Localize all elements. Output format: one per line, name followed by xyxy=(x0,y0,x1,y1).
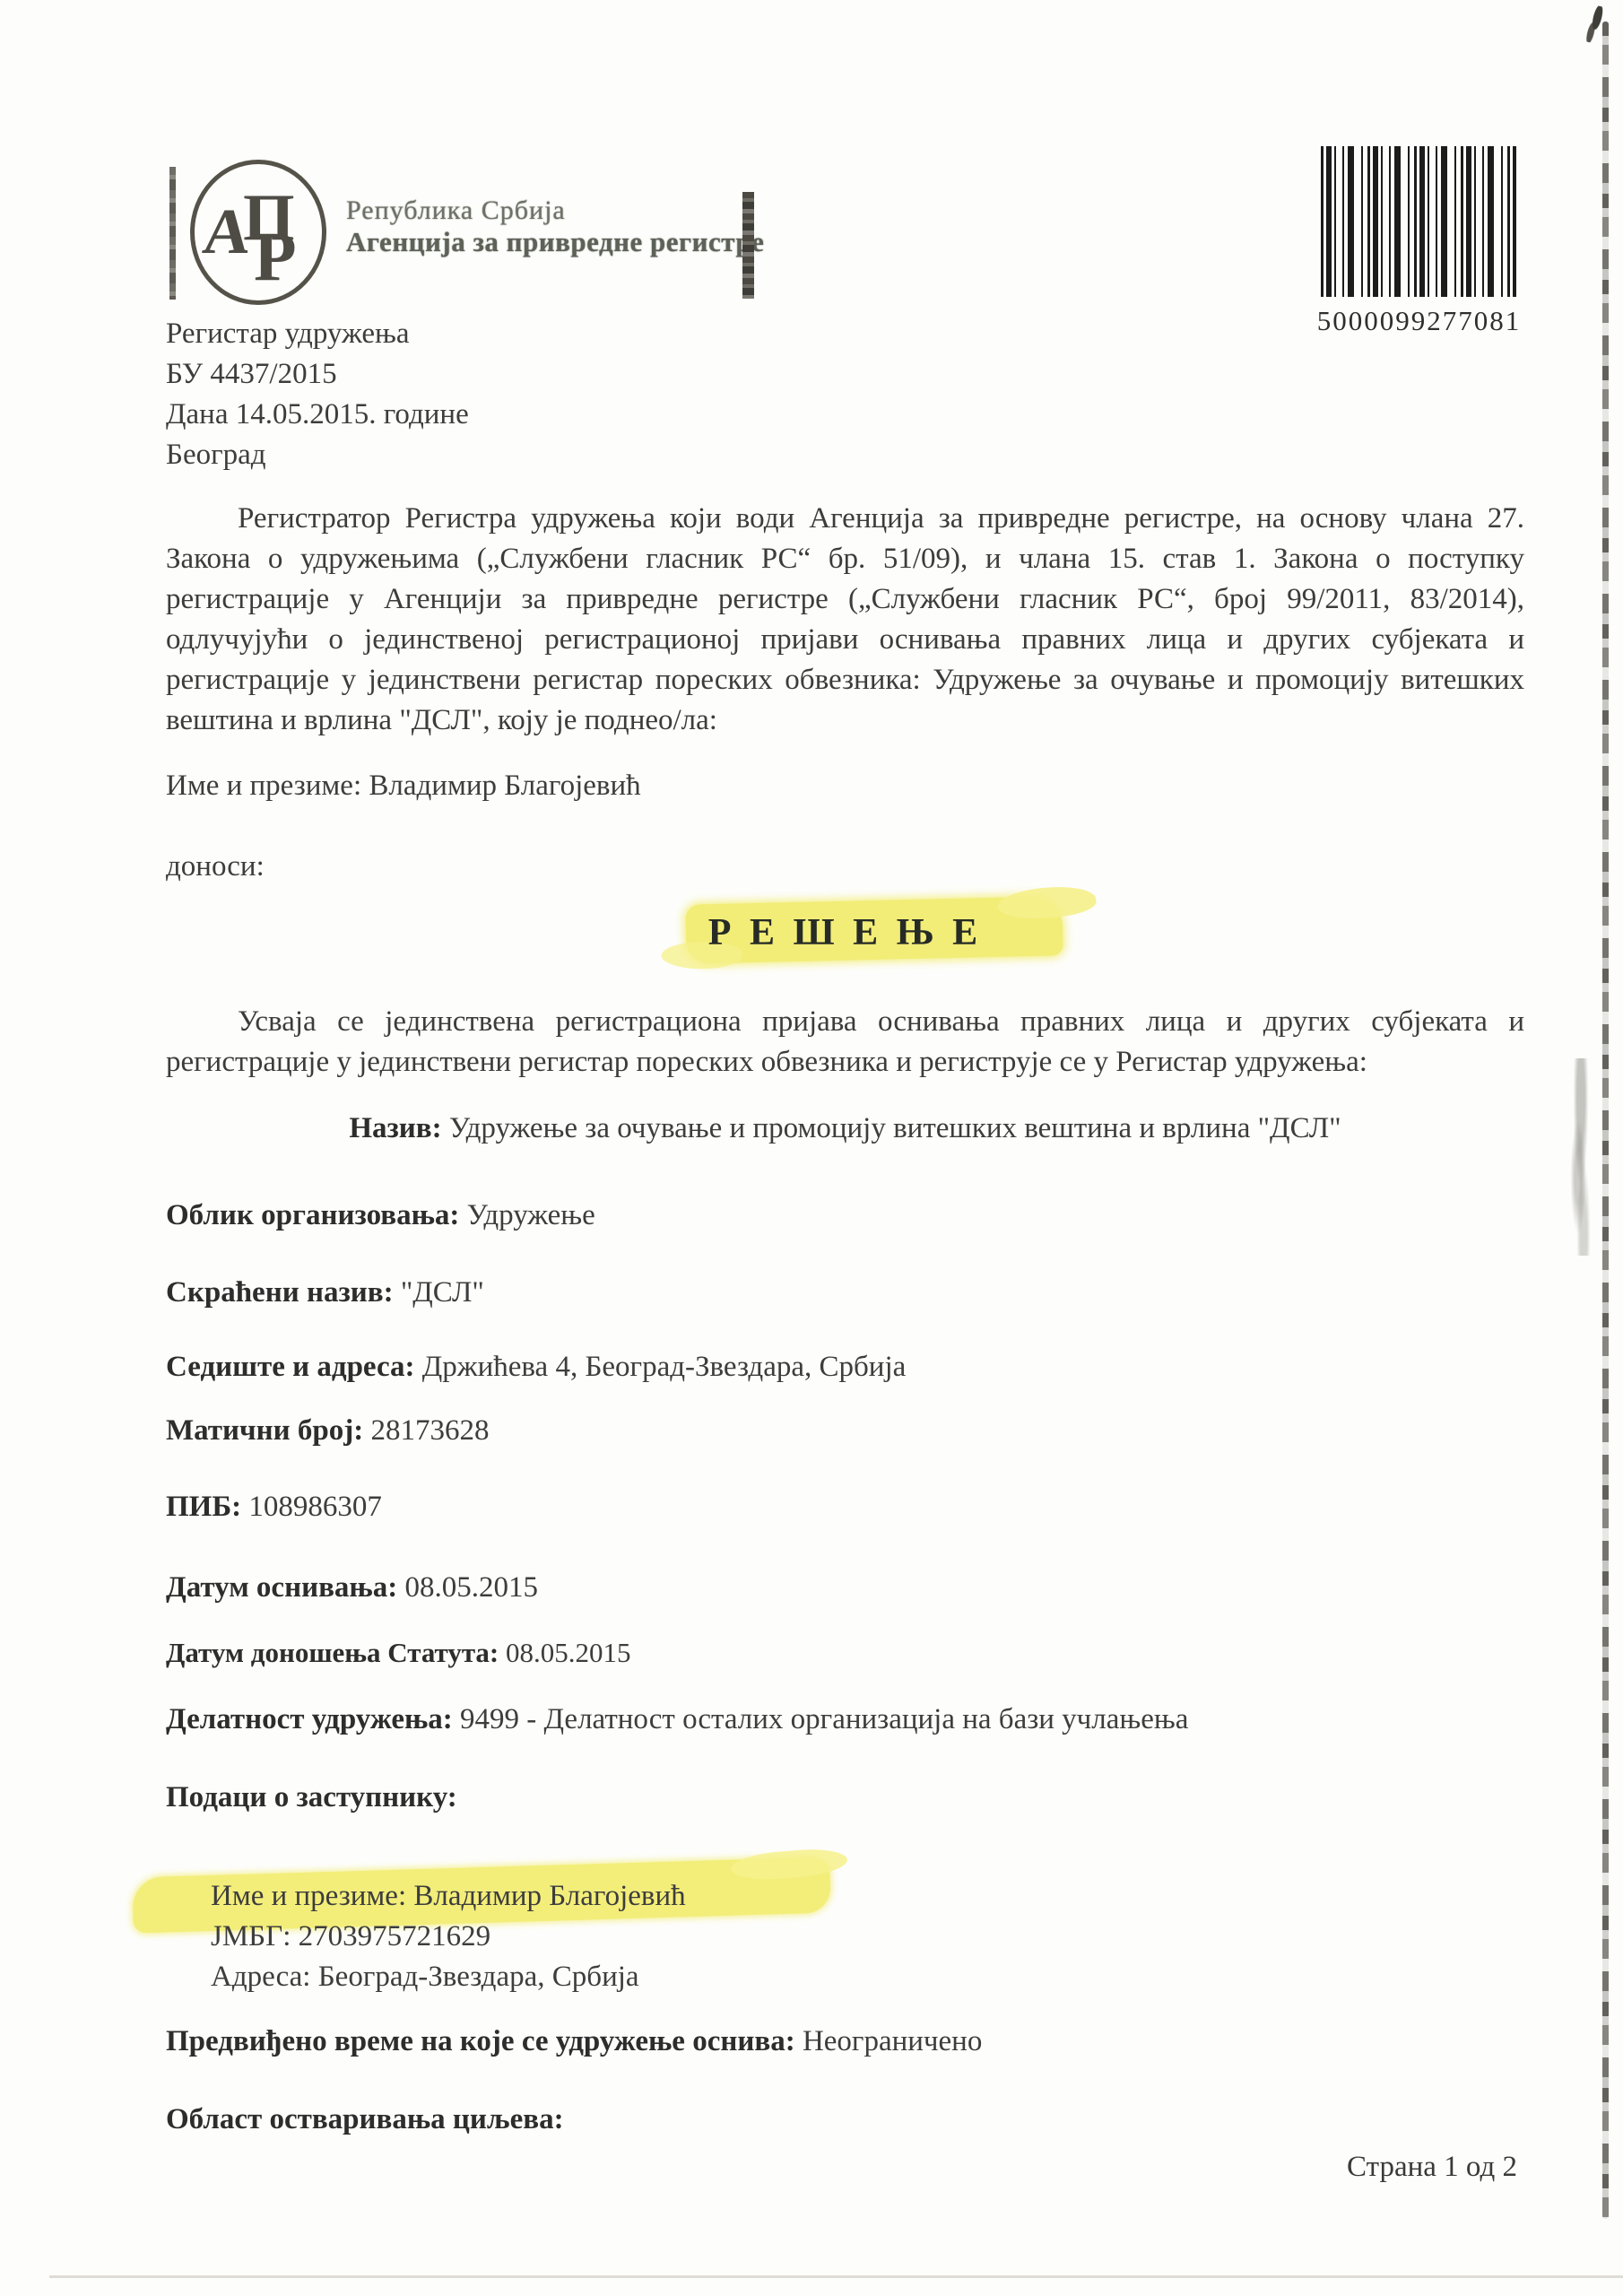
field-label: Датум доношења Статута: xyxy=(166,1637,499,1668)
scan-right-smudge xyxy=(1567,1058,1594,1256)
name-value: Удружење за очување и промоцију витешких… xyxy=(449,1112,1341,1144)
decision-title: Р Е Ш Е Њ Е xyxy=(166,911,1524,954)
field-pib: ПИБ: 108986307 xyxy=(166,1491,382,1524)
logo-left-rule xyxy=(169,167,176,300)
scan-edge-artifact xyxy=(1602,22,1609,2219)
representative-jmbg-line: ЈМБГ: 2703975721629 xyxy=(211,1920,490,1953)
name-line: Назив: Удружење за очување и промоцију в… xyxy=(166,1112,1524,1145)
register-name: Регистар удружења xyxy=(166,317,410,351)
logo-right-rule xyxy=(742,192,754,299)
field-value: "ДСЛ" xyxy=(401,1276,484,1309)
field-maticni-broj: Матични број: 28173628 xyxy=(166,1414,490,1448)
jmbg-value: 2703975721629 xyxy=(299,1920,491,1952)
address-value: Београд-Звездара, Србија xyxy=(318,1961,639,1993)
field-value: 108986307 xyxy=(248,1491,382,1523)
header-agency: Агенција за привредне регистре xyxy=(346,226,764,258)
submitter-label: Име и презиме: xyxy=(166,770,361,802)
field-label: Датум оснивања: xyxy=(166,1571,397,1604)
date-line: Дана 14.05.2015. године xyxy=(166,398,469,431)
field-value: 28173628 xyxy=(371,1414,490,1447)
field-value: 08.05.2015 xyxy=(506,1637,631,1668)
field-label: Седиште и адреса: xyxy=(166,1351,415,1383)
donosi-line: доноси: xyxy=(166,850,265,883)
decision-paragraph: Усваја се јединствена регистрациона приј… xyxy=(166,1002,1524,1083)
apr-logo-icon: А П Р xyxy=(190,160,326,305)
representative-name-line: Име и презиме: Владимир Благојевић xyxy=(211,1880,686,1913)
barcode-icon xyxy=(1321,146,1516,297)
duration-line: Предвиђено време на које се удружење осн… xyxy=(166,2025,982,2058)
field-label: ПИБ: xyxy=(166,1491,241,1523)
representative-name-value: Владимир Благојевић xyxy=(413,1880,685,1912)
field-label: Скраћени назив: xyxy=(166,1276,394,1309)
representative-address-line: Адреса: Београд-Звездара, Србија xyxy=(211,1961,639,1994)
duration-value: Неограничено xyxy=(803,2025,982,2057)
jmbg-label: ЈМБГ: xyxy=(211,1920,291,1952)
barcode-number: 5000099277081 xyxy=(1305,305,1533,337)
field-delatnost: Делатност удружења: 9499 - Делатност ост… xyxy=(166,1703,1188,1736)
duration-label: Предвиђено време на које се удружење осн… xyxy=(166,2025,795,2057)
field-label: Матични број: xyxy=(166,1414,363,1447)
scanned-decision-page: А П Р Република Србија Агенција за привр… xyxy=(0,0,1623,2296)
name-label: Назив: xyxy=(349,1112,441,1144)
field-value: Држићева 4, Београд-Звездара, Србија xyxy=(422,1351,907,1383)
case-number: БУ 4437/2015 xyxy=(166,358,337,391)
submitter-line: Име и презиме: Владимир Благојевић xyxy=(166,770,641,803)
field-label: Облик организовања: xyxy=(166,1199,459,1231)
logo-letter-r: Р xyxy=(254,216,297,297)
field-oblik: Облик организовања: Удружење xyxy=(166,1199,595,1232)
page-number: Страна 1 од 2 xyxy=(1347,2151,1517,2184)
intro-paragraph: Регистратор Регистра удружења који води … xyxy=(166,499,1524,741)
field-value: Удружење xyxy=(467,1199,595,1231)
field-sediste: Седиште и адреса: Држићева 4, Београд-Зв… xyxy=(166,1351,906,1384)
header-republic: Република Србија xyxy=(346,196,566,226)
address-label: Адреса: xyxy=(211,1961,310,1993)
scan-bottom-edge xyxy=(49,2275,1623,2278)
field-value: 08.05.2015 xyxy=(404,1571,538,1604)
field-datum-osnivanja: Датум оснивања: 08.05.2015 xyxy=(166,1571,538,1605)
representative-name-label: Име и презиме: xyxy=(211,1880,406,1912)
representative-section-label: Подаци о заступнику: xyxy=(166,1781,457,1814)
submitter-value: Владимир Благојевић xyxy=(369,770,640,802)
city: Београд xyxy=(166,439,266,472)
field-label: Делатност удружења: xyxy=(166,1703,453,1735)
goals-section-label: Област остваривања циљева: xyxy=(166,2103,564,2136)
field-value: 9499 - Делатност осталих организација на… xyxy=(460,1703,1188,1735)
field-datum-statuta: Датум доношења Статута: 08.05.2015 xyxy=(166,1637,631,1669)
field-skraceni-naziv: Скраћени назив: "ДСЛ" xyxy=(166,1276,484,1309)
